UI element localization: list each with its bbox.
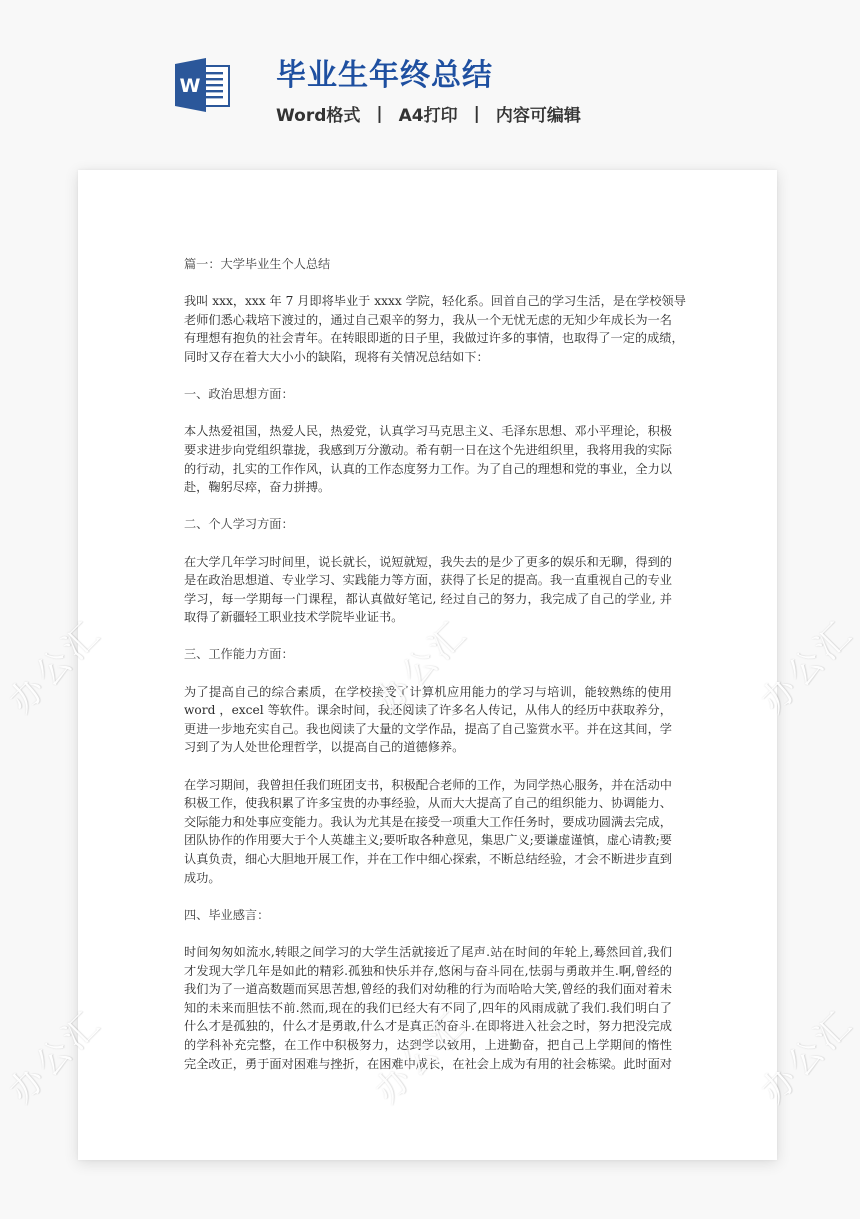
paragraph-line: 才发现大学几年是如此的精彩.孤独和快乐并存,悠闲与奋斗同在,怯弱与勇敢并生.啊,… [184,962,672,981]
paragraph-line: 更进一步地充实自己。我也阅读了大量的文学作品，提高了自己鉴赏水平。并在这其间，学 [184,720,672,739]
section-title: 一、政治思想方面： [184,385,684,404]
paragraph-line: 什么才是孤独的，什么才是勇敢,什么才是真正的奋斗.在即将进入社会之时，努力把没完… [184,1017,672,1036]
document-page: 篇一：大学毕业生个人总结 我叫 xxx，xxx 年 7 月即将毕业于 xxxx … [78,170,777,1160]
paragraph-line: 有理想有抱负的社会青年。在转眼即逝的日子里，我做过许多的事情，也取得了一定的成绩… [184,329,672,348]
section-paragraph: 本人热爱祖国，热爱人民，热爱党，认真学习马克思主义、毛泽东思想、邓小平理论，积极… [184,422,684,496]
paragraph-line: 的学科补充完整，在工作中积极努力，达到学以致用，上进勤奋，把自己上学期间的惰性 [184,1036,672,1055]
document-heading: 篇一：大学毕业生个人总结 [184,255,684,274]
paragraph-line: 完全改正，勇于面对困难与挫折，在困难中成长，在社会上成为有用的社会栋梁。此时面对 [184,1055,672,1074]
word-document-icon: W [175,58,231,112]
paragraph-line: 我们为了一道高数题而冥思苦想,曾经的我们对幼稚的行为而哈哈大笑,曾经的我们面对着… [184,980,672,999]
paragraph-line: 成功。 [184,869,684,888]
section-paragraph: 在学习期间，我曾担任我们班团支书，积极配合老师的工作，为同学热心服务，并在活动中… [184,776,684,888]
paragraph-line: 老师们悉心栽培下渡过的，通过自己艰辛的努力，我从一个无忧无虑的无知少年成长为一名 [184,311,672,330]
tag-a4-print: A4打印 [399,101,458,126]
paragraph-line: 时间匆匆如流水,转眼之间学习的大学生活就接近了尾声.站在时间的年轮上,蓦然回首,… [184,943,672,962]
section-title: 四、毕业感言： [184,906,684,925]
paragraph-line: 在大学几年学习时间里，说长就长，说短就短，我失去的是少了更多的娱乐和无聊，得到的 [184,553,672,572]
paragraph-line: 在学习期间，我曾担任我们班团支书，积极配合老师的工作，为同学热心服务，并在活动中 [184,776,672,795]
paragraph-line: 学习，每一学期每一门课程，都认真做好笔记, 经过自己的努力，我完成了自己的学业,… [184,590,672,609]
paragraph-line: 是在政治思想道、专业学习、实践能力等方面，获得了长足的提高。我一直重视自己的专业 [184,571,672,590]
tag-separator: | [474,104,480,124]
page-title: 毕业生年终总结 [276,50,493,94]
paragraph-line: 积极工作，使我积累了许多宝贵的办事经验，从而大大提高了自己的组织能力、协调能力、 [184,794,672,813]
tag-separator: | [376,104,382,124]
paragraph-line: word ，excel 等软件。课余时间，我还阅读了许多名人传记，从伟人的经历中… [184,701,672,720]
paragraph-line: 习到了为人处世伦理哲学，以提高自己的道德修养。 [184,738,684,757]
paragraph-line: 我叫 xxx，xxx 年 7 月即将毕业于 xxxx 学院，轻化系。回首自己的学… [184,292,672,311]
paragraph-line: 取得了新疆轻工职业技术学院毕业证书。 [184,608,684,627]
document-body: 篇一：大学毕业生个人总结 我叫 xxx，xxx 年 7 月即将毕业于 xxxx … [184,255,684,1073]
section-paragraph: 为了提高自己的综合素质，在学校接受了计算机应用能力的学习与培训，能较熟练的使用 … [184,683,684,757]
feature-tags: Word格式 | A4打印 | 内容可编辑 [276,101,581,126]
paragraph-line: 同时又存在着大大小小的缺陷，现将有关情况总结如下： [184,348,684,367]
svg-text:W: W [180,75,201,97]
paragraph-line: 的行动，扎实的工作作风，认真的工作态度努力工作。为了自己的理想和党的事业，全力以 [184,460,672,479]
paragraph-line: 团队协作的作用要大于个人英雄主义;要听取各种意见，集思广义;要谦虚谨慎，虚心请教… [184,831,672,850]
section-paragraph: 时间匆匆如流水,转眼之间学习的大学生活就接近了尾声.站在时间的年轮上,蓦然回首,… [184,943,684,1073]
paragraph-line: 赴，鞠躬尽瘁，奋力拼搏。 [184,478,684,497]
header-banner: W 毕业生年终总结 Word格式 | A4打印 | 内容可编辑 [0,0,860,150]
paragraph-line: 知的未来而胆怯不前.然而,现在的我们已经大有不同了,四年的风雨成就了我们.我们明… [184,999,672,1018]
tag-editable: 内容可编辑 [496,101,581,126]
section-title: 三、工作能力方面： [184,645,684,664]
paragraph-line: 要求进步向党组织靠拢，我感到万分激动。希有朝一日在这个先进组织里，我将用我的实际 [184,441,672,460]
paragraph-line: 为了提高自己的综合素质，在学校接受了计算机应用能力的学习与培训，能较熟练的使用 [184,683,672,702]
intro-paragraph: 我叫 xxx，xxx 年 7 月即将毕业于 xxxx 学院，轻化系。回首自己的学… [184,292,684,366]
section-paragraph: 在大学几年学习时间里，说长就长，说短就短，我失去的是少了更多的娱乐和无聊，得到的… [184,553,684,627]
paragraph-line: 交际能力和处事应变能力。我认为尤其是在接受一项重大工作任务时，要成功圆满去完成， [184,813,672,832]
paragraph-line: 本人热爱祖国，热爱人民，热爱党，认真学习马克思主义、毛泽东思想、邓小平理论，积极 [184,422,672,441]
paragraph-line: 认真负责，细心大胆地开展工作，并在工作中细心探索，不断总结经验，才会不断进步直到 [184,850,672,869]
section-title: 二、个人学习方面： [184,515,684,534]
tag-word-format: Word格式 [276,101,360,126]
